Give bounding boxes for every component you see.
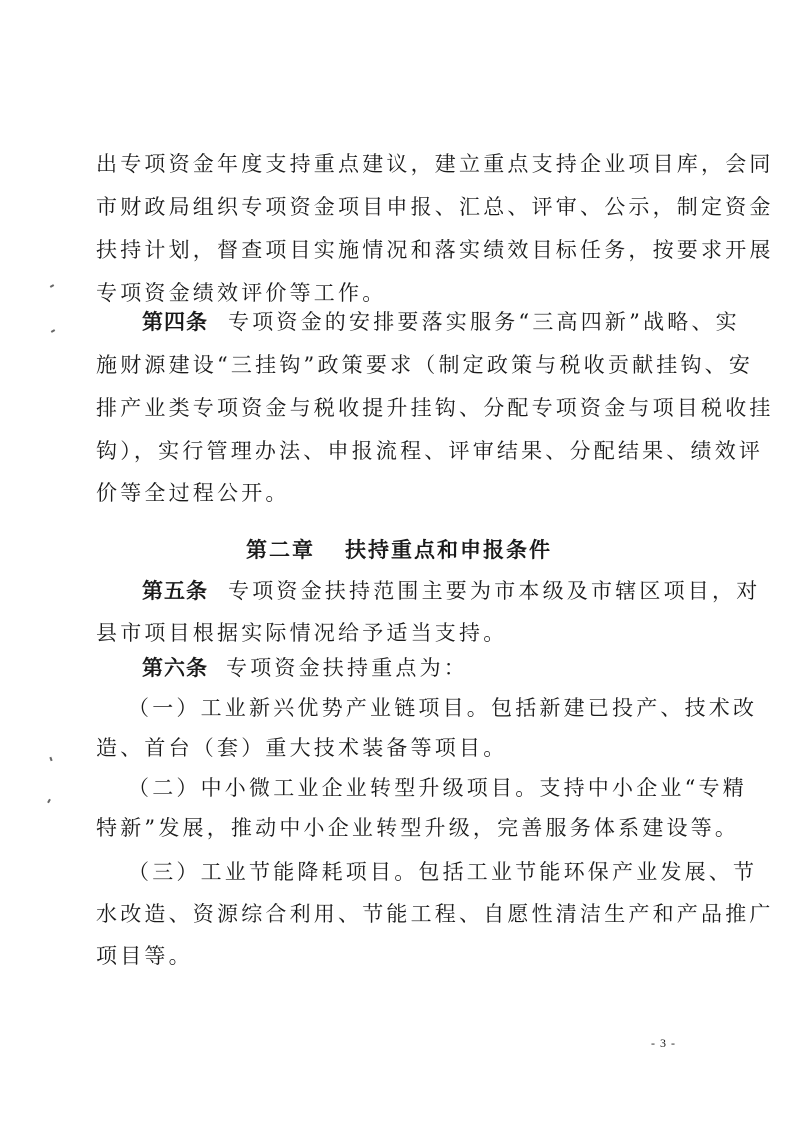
text-line: 出专项资金年度支持重点建议，建立重点支持企业项目库，会同 <box>96 150 774 178</box>
article-5-first-line: 第五条专项资金扶持范围主要为市本级及市辖区项目，对 <box>142 577 760 605</box>
text-line: 专项资金扶持范围主要为市本级及市辖区项目，对 <box>228 579 760 603</box>
article-label: 第五条 <box>142 579 208 603</box>
page-number: - 3 - <box>651 1036 676 1051</box>
chapter-title: 扶持重点和申报条件 <box>345 538 552 562</box>
chapter-heading: 第二章扶持重点和申报条件 <box>246 536 552 564</box>
list-item-3-line: （三）工业节能降耗项目。包括工业节能环保产业发展、节 <box>128 858 757 886</box>
text-line: 专项资金扶持重点为： <box>226 656 468 680</box>
scan-artifact <box>51 329 55 333</box>
text-line: 特新”发展，推动中小企业转型升级，完善服务体系建设等。 <box>96 814 739 842</box>
list-item-2-line: （二）中小微工业企业转型升级项目。支持中小企业“专精 <box>128 774 747 802</box>
text-line: 专项资金绩效评价等工作。 <box>96 279 386 307</box>
scan-artifact <box>50 284 54 288</box>
article-4-first-line: 第四条专项资金的安排要落实服务“三高四新”战略、实 <box>142 308 740 336</box>
scan-artifact <box>49 757 52 761</box>
text-line: 排产业类专项资金与税收提升挂钩、分配专项资金与项目税收挂 <box>96 394 774 422</box>
list-item-1-line: （一）工业新兴优势产业链项目。包括新建已投产、技术改 <box>128 694 757 722</box>
chapter-number: 第二章 <box>246 538 315 562</box>
text-line: 专项资金的安排要落实服务“三高四新”战略、实 <box>228 310 740 334</box>
article-label: 第六条 <box>142 656 208 680</box>
article-label: 第四条 <box>142 310 208 334</box>
text-line: 县市项目根据实际情况给予适当支持。 <box>96 619 507 647</box>
text-line: 市财政局组织专项资金项目申报、汇总、评审、公示，制定资金 <box>96 193 774 221</box>
article-6-first-line: 第六条专项资金扶持重点为： <box>142 654 468 682</box>
text-line: 造、首台（套）重大技术装备等项目。 <box>96 734 507 762</box>
text-line: 水改造、资源综合利用、节能工程、自愿性清洁生产和产品推广 <box>96 900 774 928</box>
text-line: 价等全过程公开。 <box>96 479 290 507</box>
text-line: 项目等。 <box>96 942 193 970</box>
text-line: 钩），实行管理办法、申报流程、评审结果、分配结果、绩效评 <box>96 437 763 465</box>
scan-artifact <box>47 799 51 803</box>
text-line: 施财源建设“三挂钩”政策要求（制定政策与税收贡献挂钩、安 <box>96 351 753 379</box>
text-line: 扶持计划，督查项目实施情况和落实绩效目标任务，按要求开展 <box>96 236 774 264</box>
